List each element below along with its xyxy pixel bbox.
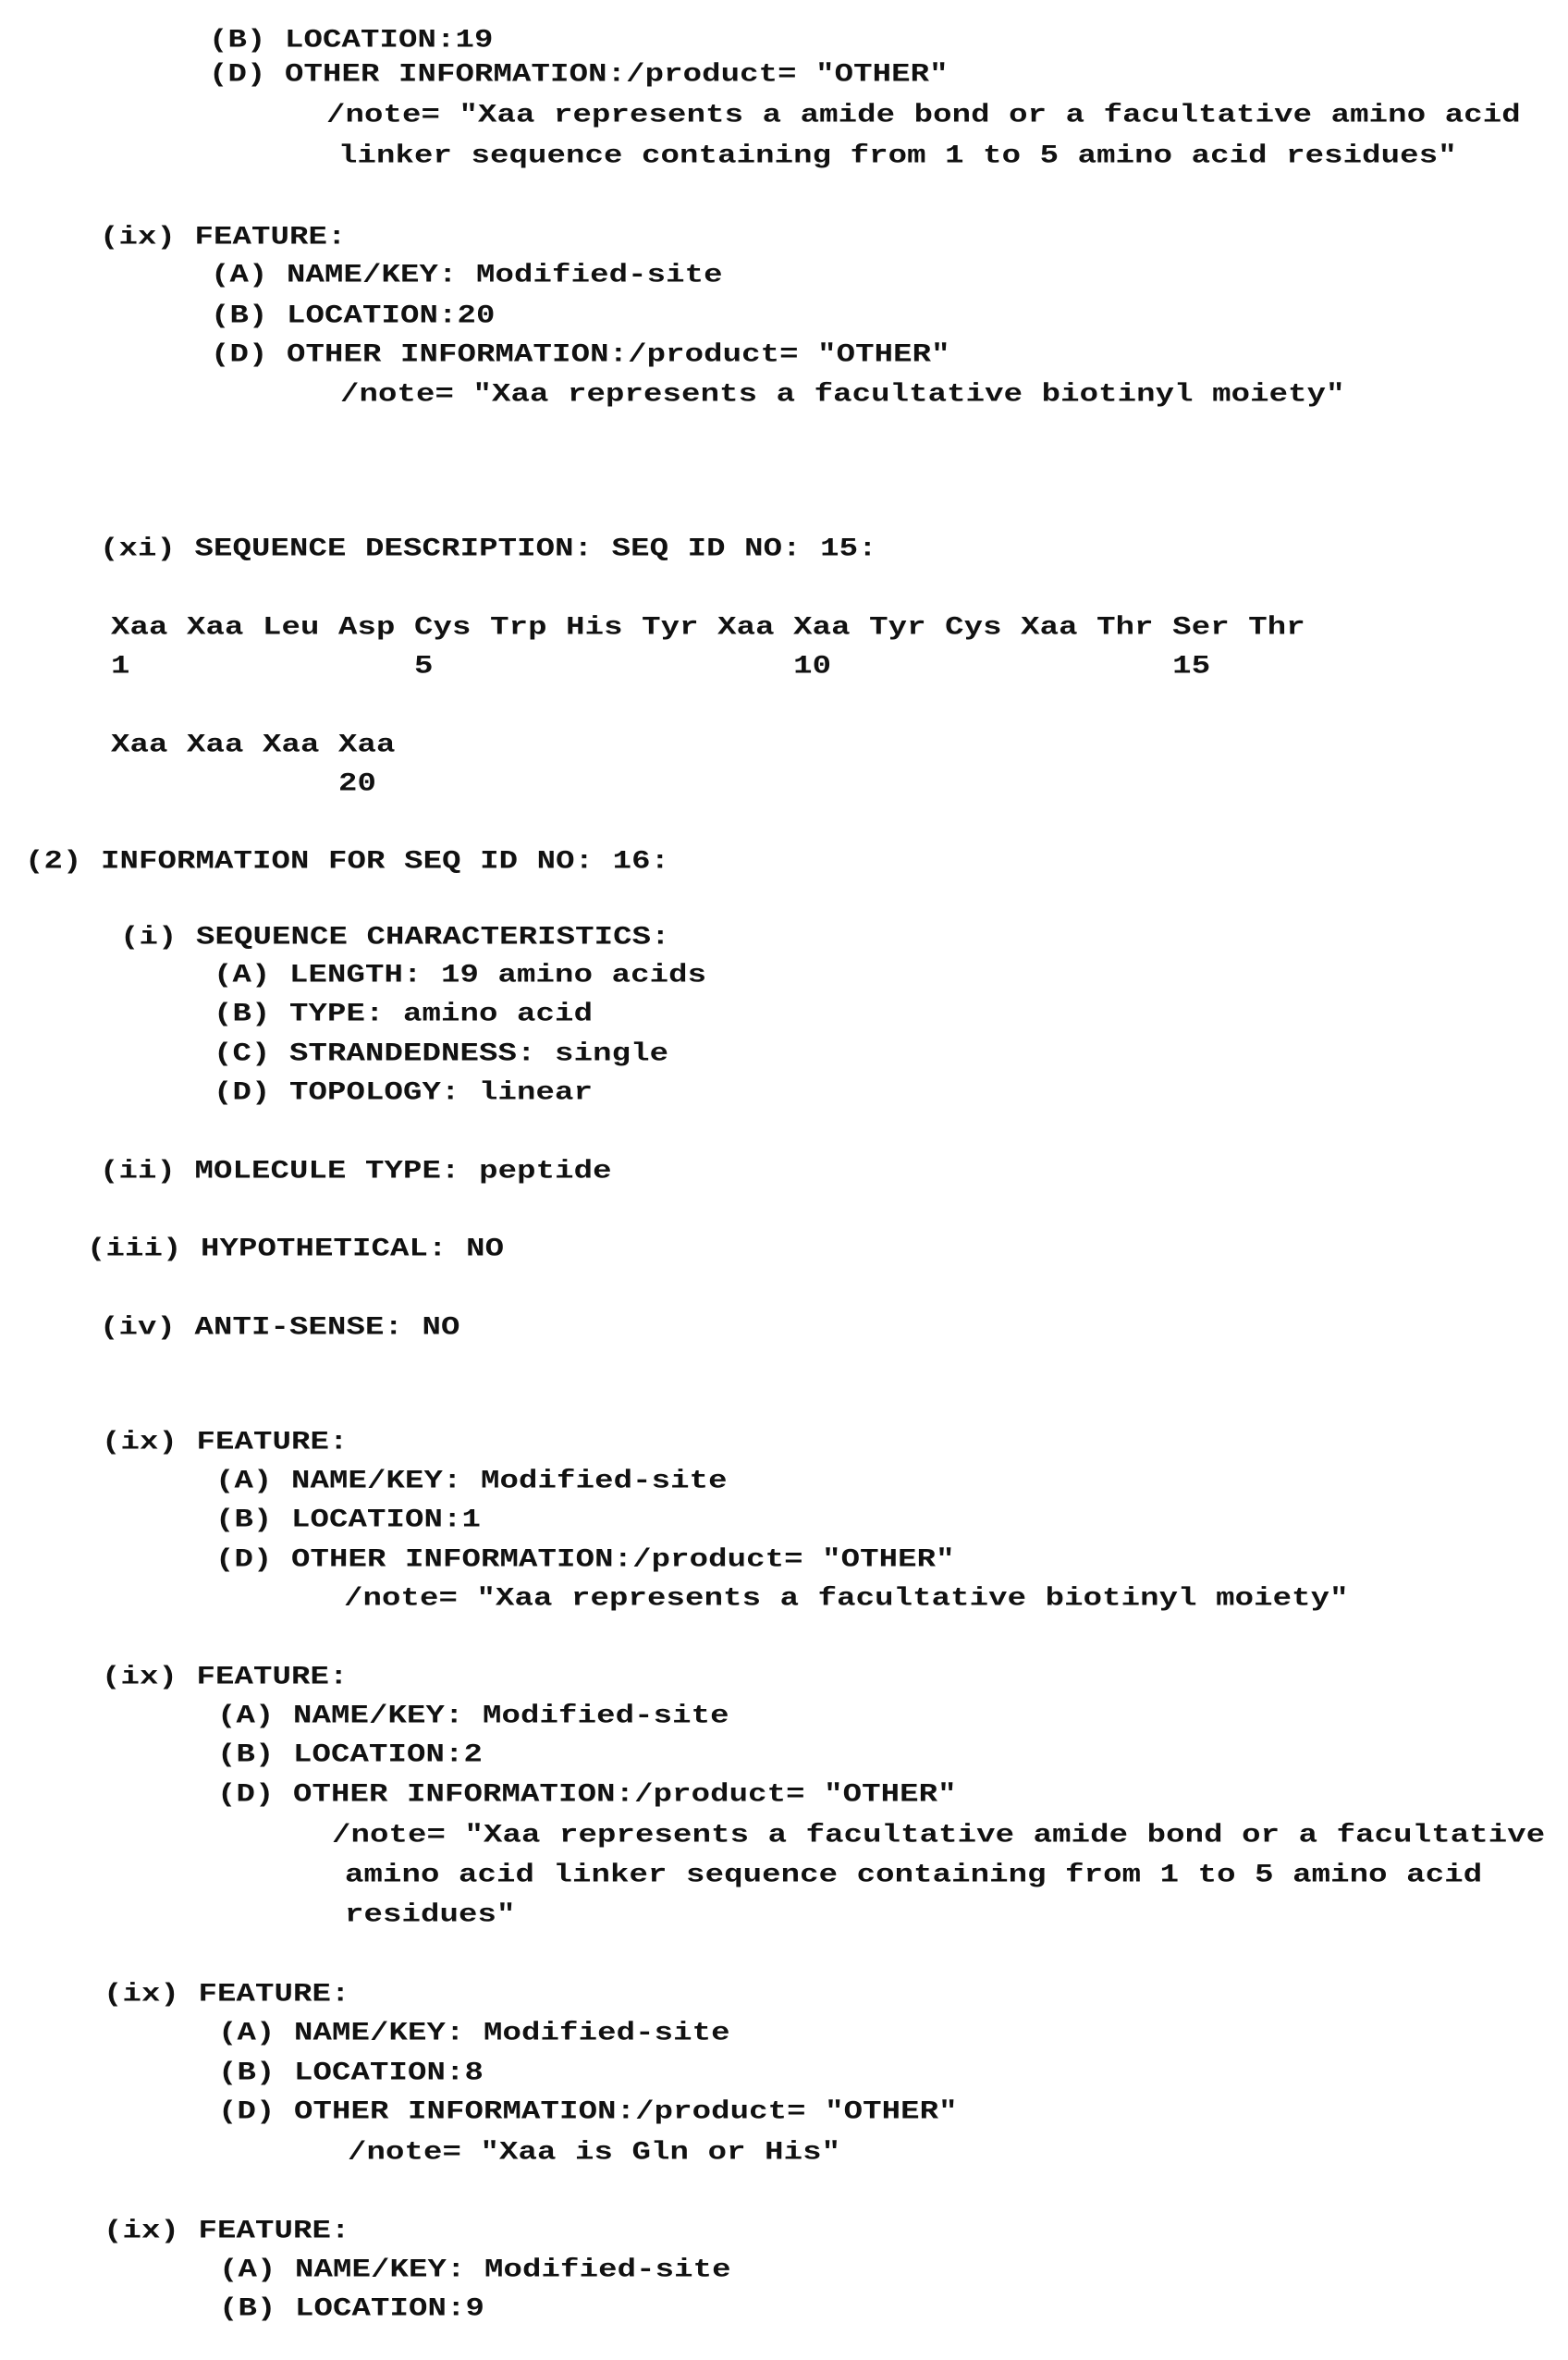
sequence-numbers-row: 20	[111, 770, 376, 798]
feature-note-continuation: amino acid linker sequence containing fr…	[345, 1862, 1482, 1889]
characteristic-length: (A) LENGTH: 19 amino acids	[214, 962, 706, 989]
feature-note: /note= "Xaa is Gln or His"	[348, 2139, 840, 2167]
feature-name-key: (A) NAME/KEY: Modified-site	[217, 1702, 729, 1730]
feature-name-key: (A) NAME/KEY: Modified-site	[219, 2256, 731, 2284]
feature-other-info: (D) OTHER INFORMATION:/product= "OTHER"	[218, 2098, 958, 2126]
feature-location: (B) LOCATION:8	[218, 2059, 484, 2087]
anti-sense: (iv) ANTI-SENSE: NO	[100, 1314, 460, 1342]
feature-header: (ix) FEATURE:	[104, 1981, 350, 2009]
feature-name-key: (A) NAME/KEY: Modified-site	[215, 1468, 728, 1495]
feature-name-key: (A) NAME/KEY: Modified-site	[211, 262, 723, 289]
feature-location: (B) LOCATION:20	[211, 302, 496, 330]
feature-header: (ix) FEATURE:	[102, 1429, 349, 1457]
feature-header: (ix) FEATURE:	[100, 224, 347, 252]
characteristic-strandedness: (C) STRANDEDNESS: single	[214, 1040, 668, 1068]
feature-location: (B) LOCATION:1	[215, 1506, 481, 1534]
feature-location: (B) LOCATION:9	[219, 2295, 484, 2323]
feature-note: /note= "Xaa represents a facultative bio…	[340, 381, 1345, 409]
section-title: (2) INFORMATION FOR SEQ ID NO: 16:	[25, 848, 669, 876]
feature-other-info: (D) OTHER INFORMATION:/product= "OTHER"	[215, 1546, 955, 1574]
feature-other-info: (D) OTHER INFORMATION:/product= "OTHER"	[209, 61, 949, 89]
characteristics-header: (i) SEQUENCE CHARACTERISTICS:	[120, 924, 670, 952]
sequence-numbers-row: 1 5 10 15	[111, 653, 1210, 681]
document-page: (B) LOCATION:19 (D) OTHER INFORMATION:/p…	[0, 0, 1568, 2360]
feature-location: (B) LOCATION:2	[217, 1741, 483, 1769]
feature-header: (ix) FEATURE:	[102, 1664, 349, 1691]
feature-note-continuation: residues"	[345, 1901, 516, 1929]
sequence-description-header: (xi) SEQUENCE DESCRIPTION: SEQ ID NO: 15…	[100, 535, 877, 563]
feature-location: (B) LOCATION:19	[209, 27, 494, 55]
feature-other-info: (D) OTHER INFORMATION:/product= "OTHER"	[217, 1781, 957, 1809]
feature-note-continuation: linker sequence containing from 1 to 5 a…	[338, 142, 1457, 170]
hypothetical: (iii) HYPOTHETICAL: NO	[87, 1235, 504, 1263]
feature-note: /note= "Xaa represents a facultative bio…	[344, 1585, 1349, 1613]
feature-note: /note= "Xaa represents a amide bond or a…	[326, 102, 1521, 129]
feature-other-info: (D) OTHER INFORMATION:/product= "OTHER"	[211, 341, 950, 369]
feature-note: /note= "Xaa represents a facultative ami…	[332, 1822, 1545, 1850]
sequence-residues-row: Xaa Xaa Leu Asp Cys Trp His Tyr Xaa Xaa …	[111, 614, 1305, 642]
feature-header: (ix) FEATURE:	[104, 2218, 350, 2245]
characteristic-type: (B) TYPE: amino acid	[214, 1001, 593, 1028]
characteristic-topology: (D) TOPOLOGY: linear	[214, 1079, 593, 1107]
feature-name-key: (A) NAME/KEY: Modified-site	[218, 2020, 730, 2047]
molecule-type: (ii) MOLECULE TYPE: peptide	[100, 1158, 612, 1186]
sequence-residues-row: Xaa Xaa Xaa Xaa	[111, 731, 396, 759]
